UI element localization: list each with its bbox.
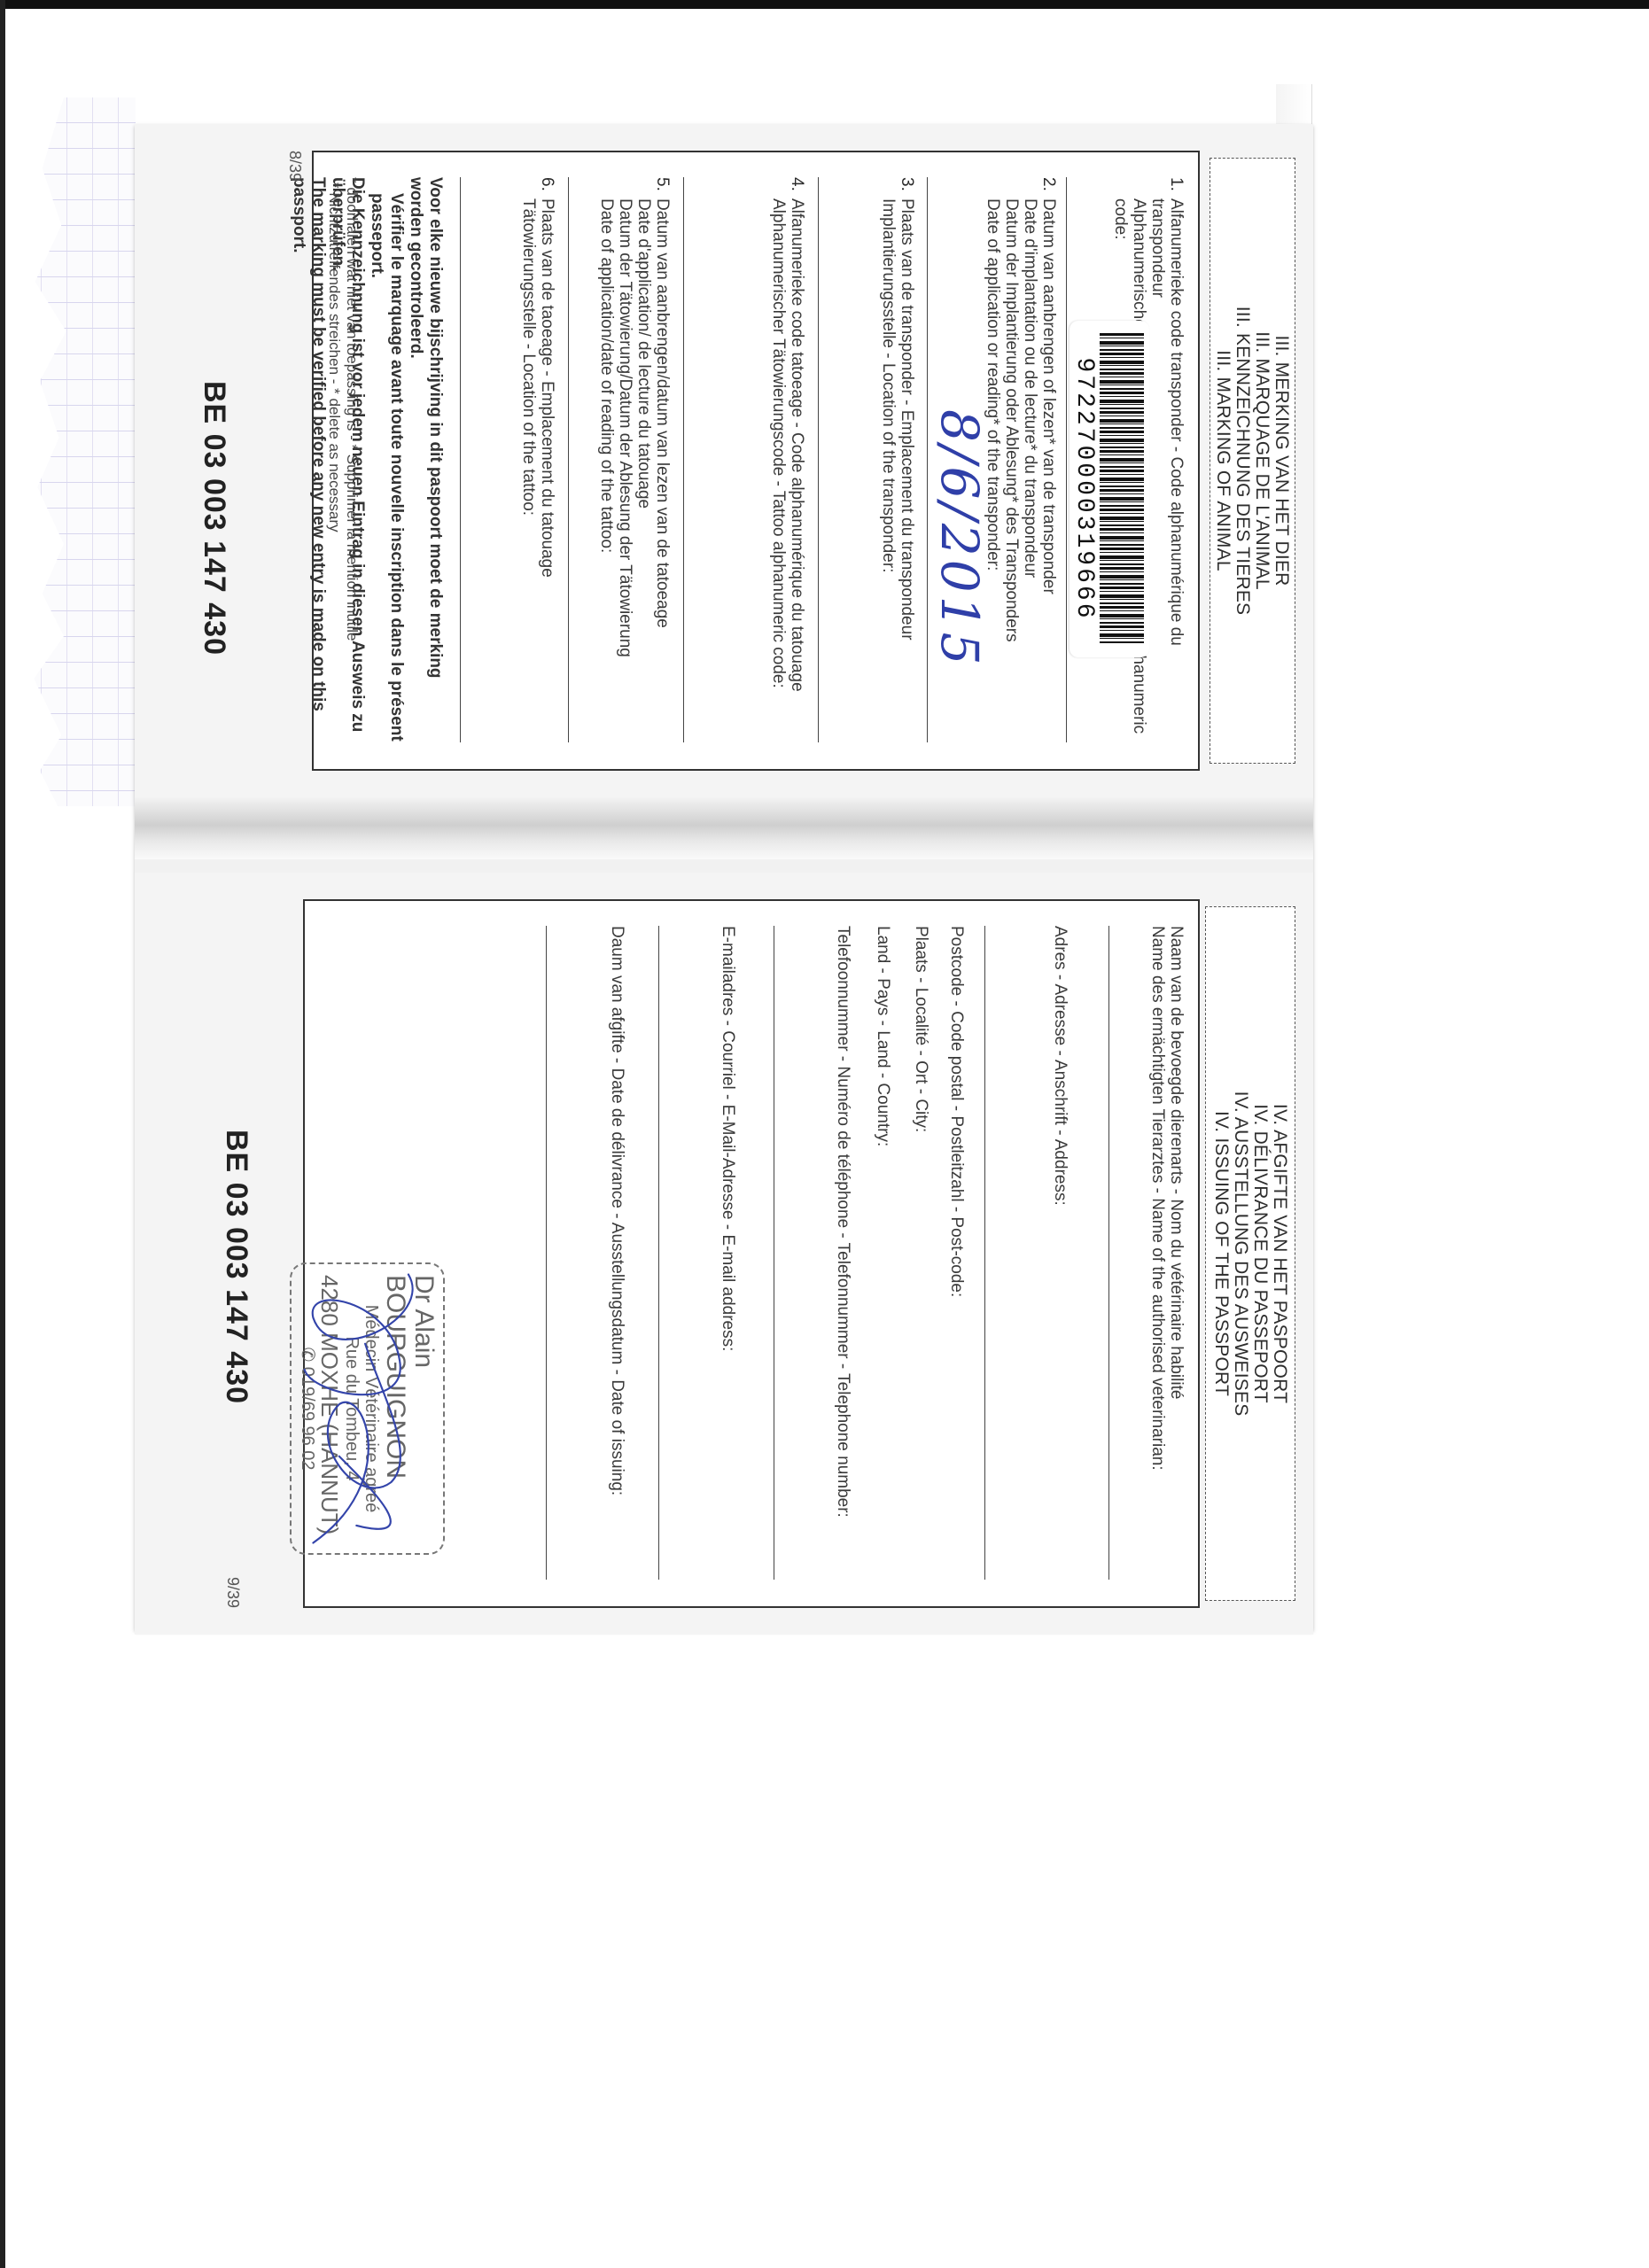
page-number: 8/39 (285, 151, 304, 182)
field-label: Postcode - Code postal - Postleitzahl - … (947, 926, 966, 1580)
field-rule (984, 926, 985, 1580)
field-label: Implantierungsstelle - Location of the t… (879, 198, 898, 742)
field-number: 2. (984, 177, 1058, 198)
stamp-phone: ✆ 019/69 96 02 (298, 1275, 317, 1542)
title-en: III. MARKING OF ANIMAL (1214, 350, 1233, 571)
field-label: Telefoonnummer - Numéro de téléphone - T… (834, 926, 852, 1580)
field-label: Plaats - Localité - Ort - City: (912, 926, 930, 1580)
title-fr: IV. DÉLIVRANCE DU PASSEPORT (1250, 1104, 1270, 1403)
field-label: Land - Pays - Land - Country: (874, 926, 892, 1580)
field-tattoo-location: 6. Plaats van de taoeage - Emplacement d… (519, 177, 556, 742)
verification-note: Voor elke nieuwe bijschrijving in dit pa… (289, 177, 445, 742)
field-email: E-mailadres - Courriel - E-Mail-Adresse … (719, 926, 737, 1580)
field-number: 1. (1111, 177, 1186, 198)
field-rule (460, 177, 461, 742)
field-label: Plaats van de taoeage - Emplacement du t… (538, 198, 556, 742)
field-telephone: Telefoonnummer - Numéro de téléphone - T… (834, 926, 852, 1580)
field-label: Date d'application/ de lecture du tatoua… (634, 198, 653, 742)
field-number: 4. (769, 177, 806, 198)
page-number: 9/39 (223, 1577, 242, 1608)
stamp-city: 4280 MOXHE (HANNUT) (317, 1275, 342, 1542)
note-line: Vérifier le marquage avant toute nouvell… (367, 177, 406, 742)
field-city: Plaats - Localité - Ort - City: (912, 926, 930, 1580)
note-line: The marking must be verified before any … (289, 177, 328, 742)
field-rule (568, 177, 569, 742)
field-label: Adres - Adresse - Anschrift - Address: (1051, 926, 1070, 1580)
field-rule (683, 177, 684, 742)
footnote-line: * Nichtzutreffendes streichen - * delete… (325, 177, 343, 742)
field-rule (658, 926, 659, 1580)
field-rule (818, 177, 819, 742)
footnote-line: * doorhalen wat niet van toepassing is -… (343, 177, 361, 742)
field-label: Alfanumerieke code transponder - Code al… (1148, 198, 1186, 742)
field-tattoo-code: 4. Alfanumerieke code tatoeage - Code al… (769, 177, 806, 742)
torn-notebook-paper (16, 97, 136, 806)
passport-number: BE 03 003 147 430 (197, 381, 231, 656)
field-transponder-location: 3. Plaats van de transponder - Emplaceme… (879, 177, 916, 742)
field-label: Date of application/date of reading of t… (597, 198, 616, 742)
field-label: Datum der Tätowierung/Datum der Ablesung… (616, 198, 634, 742)
field-country: Land - Pays - Land - Country: (874, 926, 892, 1580)
field-label: Alphanumerischer Tätowierungscode - Tatt… (769, 198, 788, 742)
field-label: Datum der Implantierung oder Ablesung* d… (1002, 198, 1021, 742)
marking-form-frame: 1. Alfanumerieke code transponder - Code… (312, 151, 1200, 771)
field-rule (1108, 926, 1109, 1580)
footnotes: * doorhalen wat niet van toepassing is -… (325, 177, 361, 742)
barcode-icon (1100, 333, 1144, 645)
field-number: 5. (597, 177, 672, 198)
field-label: Alfanumerieke code tatoeage - Code alpha… (788, 198, 806, 742)
transponder-code-value: 972270000319666 (1070, 321, 1098, 657)
field-rule (546, 926, 547, 1580)
field-label: Date d'implantation ou de lecture* du tr… (1021, 198, 1039, 742)
field-rule (927, 177, 928, 742)
transponder-barcode-sticker: 972270000319666 (1070, 321, 1149, 657)
section-title-marking: III. MERKING VAN HET DIER III. MARQUAGE … (1210, 158, 1295, 764)
stamp-vet-title: Médecin Vétérinaire agréé (362, 1275, 381, 1542)
title-nl: IV. AFGIFTE VAN HET PASPOORT (1270, 1104, 1289, 1403)
stamp-street: Rue du Tombeu, 4 (342, 1275, 362, 1542)
field-label: Datum van aanbrengen/datum van lezen van… (653, 198, 672, 742)
field-label: Naam van de bevoegde dierenarts - Nom du… (1167, 926, 1186, 1580)
scan-border-top (0, 0, 1649, 9)
page-8: III. MERKING VAN HET DIER III. MARQUAGE … (135, 124, 1313, 797)
passport-number: BE 03 003 147 430 (219, 1130, 253, 1404)
field-rule (1066, 177, 1067, 742)
field-label: E-mailadres - Courriel - E-Mail-Adresse … (719, 926, 737, 1580)
handwritten-date: 8/6/2015 (930, 409, 990, 669)
title-de: IV. AUSSTELLUNG DES AUSWEISES (1231, 1091, 1250, 1417)
field-transponder-date: 2. Datum van aanbrengen of lezen* van de… (984, 177, 1058, 742)
field-label: Plaats van de transponder - Emplacement … (898, 198, 916, 742)
field-postcode: Postcode - Code postal - Postleitzahl - … (947, 926, 966, 1580)
scan-border-left (0, 0, 5, 2268)
title-de: III. KENNZEICHNUNG DES TIERES (1233, 307, 1253, 615)
veterinarian-stamp: Dr Alain BOURGUIGNON Médecin Vétérinaire… (290, 1262, 445, 1555)
title-nl: III. MERKING VAN HET DIER (1272, 335, 1292, 586)
field-address: Adres - Adresse - Anschrift - Address: (1051, 926, 1070, 1580)
field-label: Datum van aanbrengen of lezen* van de tr… (1039, 198, 1058, 742)
field-label: Name des ermächtigten Tierarztes - Name … (1148, 926, 1167, 1580)
stamp-vet-name: Dr Alain BOURGUIGNON (381, 1275, 438, 1542)
section-title-issuing: IV. AFGIFTE VAN HET PASPOORT IV. DÉLIVRA… (1205, 906, 1295, 1601)
note-line: Voor elke nieuwe bijschrijving in dit pa… (406, 177, 445, 742)
field-number: 6. (519, 177, 556, 198)
field-vet-name: Naam van de bevoegde dierenarts - Nom du… (1148, 926, 1186, 1580)
field-rule (774, 926, 774, 1580)
title-en: IV. ISSUING OF THE PASSPORT (1211, 1111, 1231, 1396)
field-number: 3. (879, 177, 916, 198)
page-9: IV. AFGIFTE VAN HET PASPOORT IV. DÉLIVRA… (135, 873, 1313, 1635)
field-date-of-issuing: Daum van afgifte - Date de délivrance - … (608, 926, 626, 1580)
field-tattoo-date: 5. Datum van aanbrengen/datum van lezen … (597, 177, 672, 742)
title-fr: III. MARQUAGE DE L'ANIMAL (1253, 331, 1272, 589)
booklet-spine (135, 797, 1313, 859)
field-label: Daum van afgifte - Date de délivrance - … (608, 926, 626, 1580)
field-label: Tätowierungsstelle - Location of the tat… (519, 198, 538, 742)
